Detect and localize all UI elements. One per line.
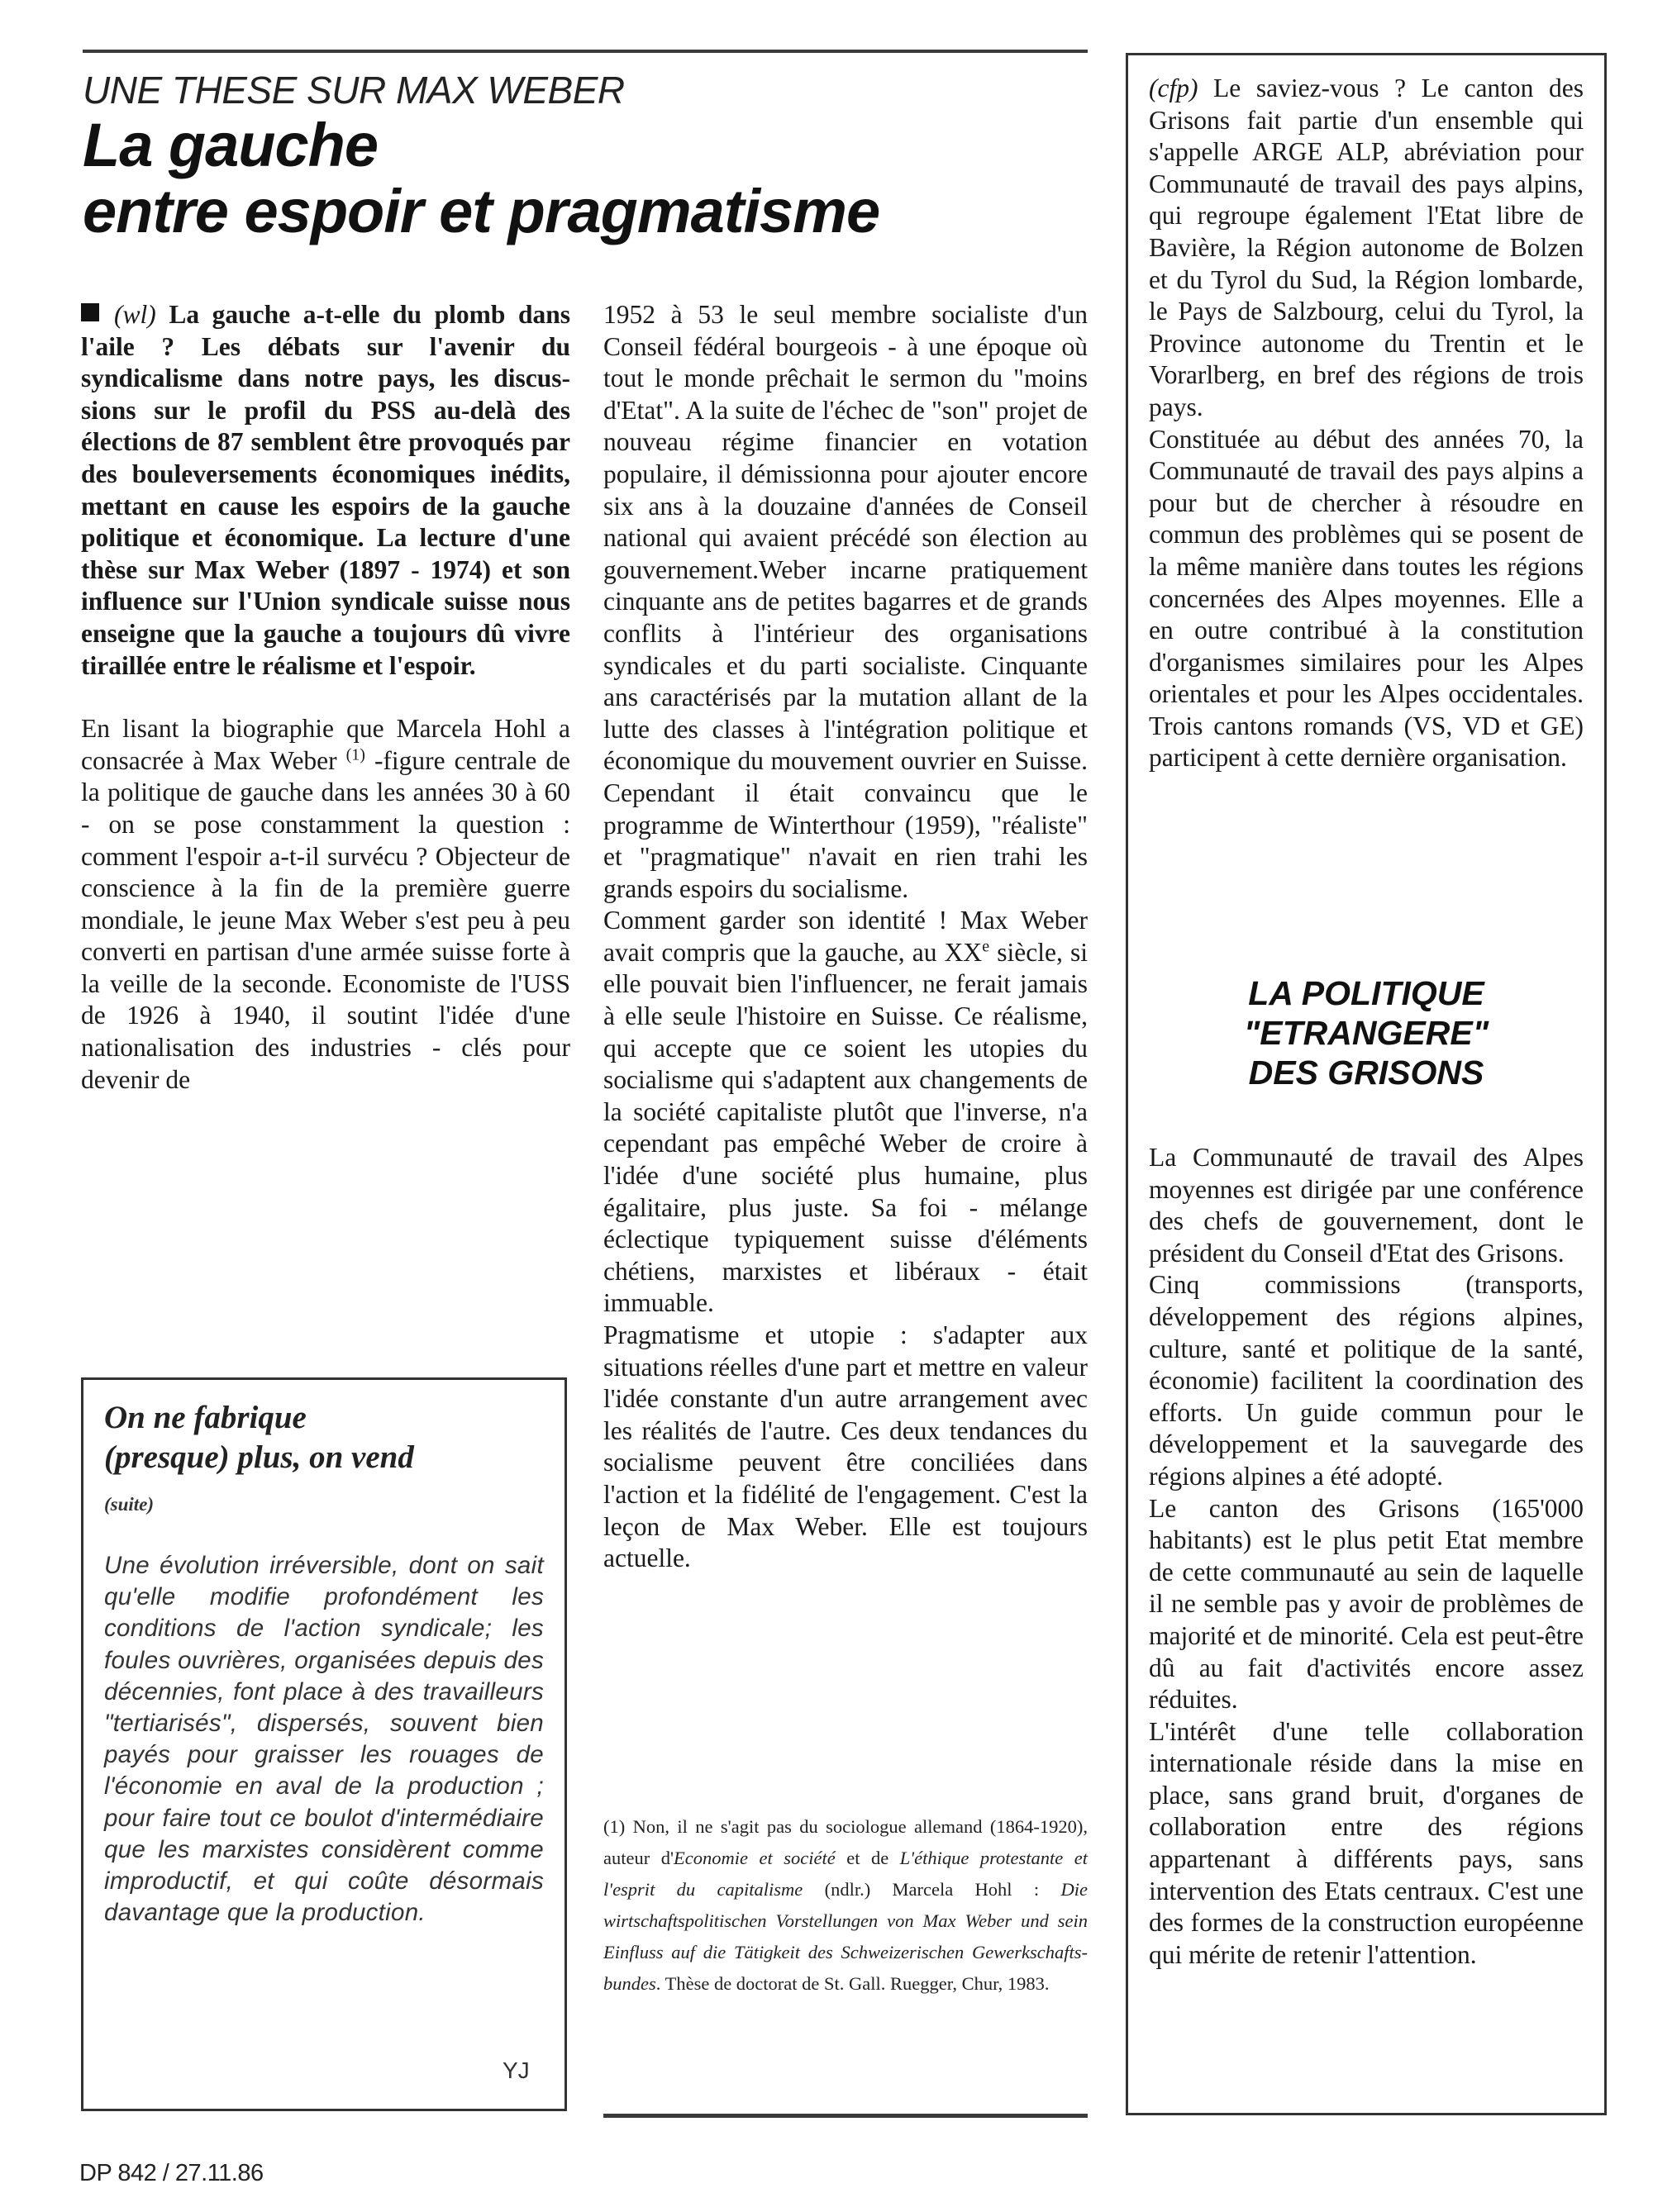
issue-footer: DP 842 / 27.11.86: [79, 2160, 264, 2187]
article-title: La gauche entre espoir et pragmatisme: [83, 112, 879, 245]
article-paragraph-1: En lisant la biographie que Marcela Hohl…: [81, 713, 570, 1096]
grisons-heading-line-2: "ETRANGERE": [1149, 1013, 1584, 1053]
top-rule: [83, 50, 1088, 53]
paragraph-text: Le saviez-vous ? Le canton des Grisons f…: [1149, 74, 1584, 421]
sidebar-title-line-2: (presque) plus, on vend: [104, 1438, 414, 1477]
superscript: e: [982, 937, 989, 955]
footnote-text: . Thèse de doctorat de St. Gall. Ruegger…: [656, 1973, 1050, 1994]
article-paragraph-2: 1952 à 53 le seul membre socialiste d'un…: [603, 299, 1088, 905]
author-initials: (wl): [114, 300, 156, 329]
grisons-paragraph-3: La Communauté de travail des Alpes moyen…: [1149, 1142, 1584, 1269]
paragraph-text: siècle, si elle pouvait bien l'influence…: [603, 938, 1088, 1318]
footnote-book-title: Economie et société: [674, 1848, 836, 1868]
grisons-intro: (cfp) Le saviez-vous ? Le canton des Gri…: [1149, 73, 1584, 424]
sidebar-signature: YJ: [503, 2057, 530, 2084]
footnote-ref: (1): [346, 745, 365, 763]
footnote-text: (ndlr.) Marcela Hohl :: [803, 1879, 1060, 1900]
grisons-heading-line-1: LA POLITIQUE: [1149, 973, 1584, 1013]
lede-text: La gauche a-t-elle du plomb dans l'aile …: [81, 300, 570, 680]
bullet-square-icon: [81, 303, 99, 321]
sidebar-continued-label: (suite): [104, 1494, 154, 1515]
paragraph-text: -figure centrale de la politique de gauc…: [81, 746, 570, 1094]
grisons-heading-line-3: DES GRISONS: [1149, 1053, 1584, 1092]
article-paragraph-3: Comment garder son identité ! Max Weber …: [603, 905, 1088, 1320]
article-column-middle: 1952 à 53 le seul membre socialiste d'un…: [603, 299, 1088, 1575]
grisons-paragraph-6: L'intérêt d'une telle collaboration inte…: [1149, 1716, 1584, 1972]
article-paragraph-4: Pragmatisme et utopie : s'adapter aux si…: [603, 1320, 1088, 1575]
sidebar-title-line-1: On ne fabrique: [104, 1398, 414, 1438]
title-line-1: La gauche: [83, 112, 879, 178]
footnote-text: et de: [836, 1848, 900, 1868]
grisons-paragraph-4: Cinq commissions (transports, développem…: [1149, 1269, 1584, 1492]
article-kicker: UNE THESE SUR MAX WEBER: [83, 68, 625, 112]
footnote: (1) Non, il ne s'agit pas du sociologue …: [603, 1811, 1088, 2000]
author-initials: (cfp): [1149, 74, 1198, 102]
grisons-column-top: (cfp) Le saviez-vous ? Le canton des Gri…: [1149, 73, 1584, 774]
grisons-paragraph-2: Constituée au début des années 70, la Co…: [1149, 424, 1584, 775]
article-column-left: (wl) La gauche a-t-elle du plomb dans l'…: [81, 299, 570, 1096]
title-line-2: entre espoir et pragmatisme: [83, 178, 879, 245]
article-lede: (wl) La gauche a-t-elle du plomb dans l'…: [81, 299, 570, 682]
sidebar-title: On ne fabrique (presque) plus, on vend: [104, 1398, 414, 1477]
grisons-column-bottom: La Communauté de travail des Alpes moyen…: [1149, 1142, 1584, 1971]
grisons-paragraph-5: Le canton des Grisons (165'000 habitants…: [1149, 1493, 1584, 1716]
grisons-heading: LA POLITIQUE "ETRANGERE" DES GRISONS: [1149, 973, 1584, 1092]
sidebar-body: Une évolution irréversible, dont on sait…: [104, 1550, 544, 1929]
middle-bottom-rule: [603, 2114, 1088, 2118]
